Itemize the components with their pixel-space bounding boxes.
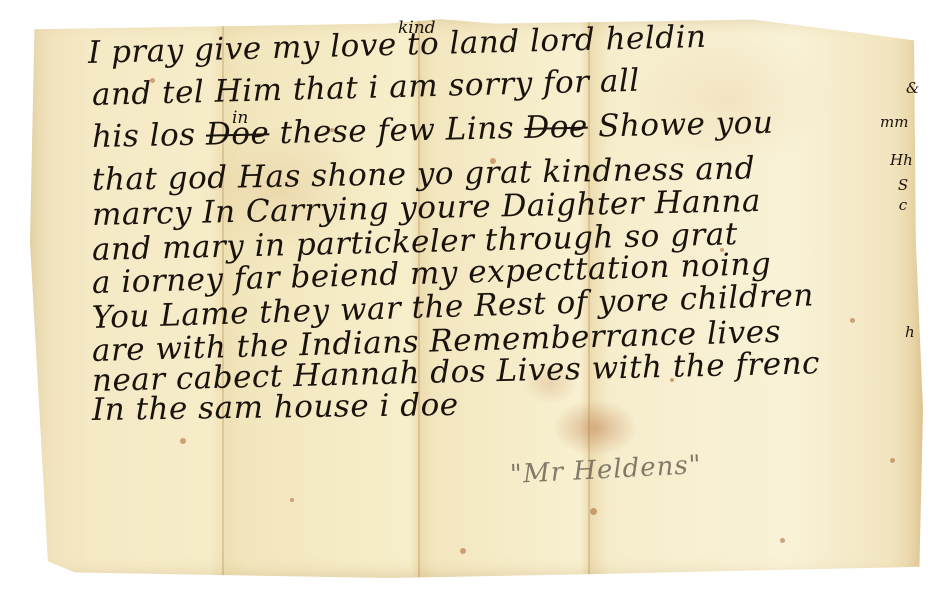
letter-line-1: I pray give my love to land lord heldin xyxy=(88,22,707,69)
margin-note: h xyxy=(905,322,915,342)
margin-note: mm xyxy=(880,112,908,132)
pencil-annotation: "Mr Heldens" xyxy=(509,450,702,490)
struck-word: Doe xyxy=(524,109,588,146)
line-3-text: his los xyxy=(92,117,207,155)
margin-note: & xyxy=(906,78,919,98)
line-3-text: Showe you xyxy=(587,105,773,145)
margin-note: S c xyxy=(896,175,910,216)
letter-line-2: and tel Him that i am sorry for all xyxy=(92,66,640,111)
margin-note: Hh xyxy=(890,150,913,170)
letter-body: kind in I pray give my love to land lord… xyxy=(0,0,937,600)
scan-canvas: kind in I pray give my love to land lord… xyxy=(0,0,937,600)
letter-line-3: his los Doe these few Lins Doe Showe you xyxy=(92,108,774,153)
struck-word: Doe xyxy=(206,115,270,152)
line-3-text: these few Lins xyxy=(269,110,525,151)
letter-line-11: In the sam house i doe xyxy=(92,390,459,426)
